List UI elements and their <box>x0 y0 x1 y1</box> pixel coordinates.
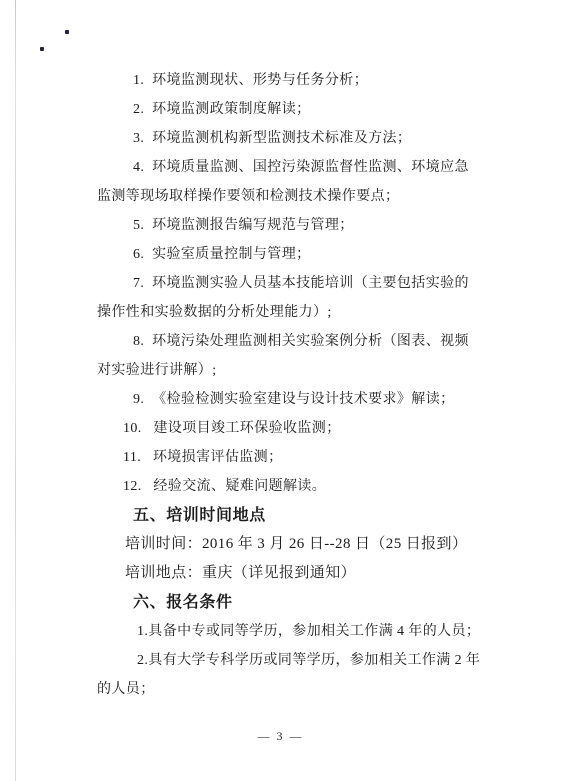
text-line: 8. 环境污染处理监测相关实验案例分析（图表、视频 <box>97 327 527 356</box>
text-line: 培训地点：重庆（详见报到通知） <box>97 559 527 588</box>
text-line: 2.具有大学专科学历或同等学历，参加相关工作满 2 年 <box>97 646 527 675</box>
text-line: 五、培训时间地点 <box>97 501 527 530</box>
text-line: 6. 实验室质量控制与管理； <box>97 240 527 269</box>
text-line: 培训时间：2016 年 3 月 26 日--28 日（25 日报到） <box>97 530 527 559</box>
document-body: 1. 环境监测现状、形势与任务分析；2. 环境监测政策制度解读；3. 环境监测机… <box>97 66 527 704</box>
text-line: 12. 经验交流、疑难问题解读。 <box>97 472 527 501</box>
text-line: 对实验进行讲解）; <box>97 356 527 385</box>
text-line: 3. 环境监测机构新型监测技术标准及方法； <box>97 124 527 153</box>
text-line: 1.具备中专或同等学历，参加相关工作满 4 年的人员； <box>97 617 527 646</box>
text-line: 六、报名条件 <box>97 588 527 617</box>
text-line: 4. 环境质量监测、国控污染源监督性监测、环境应急 <box>97 153 527 182</box>
text-line: 2. 环境监测政策制度解读； <box>97 95 527 124</box>
text-line: 9. 《检验检测实验室建设与设计技术要求》解读； <box>97 385 527 414</box>
scan-edge-line <box>15 0 16 781</box>
text-line: 监测等现场取样操作要领和检测技术操作要点； <box>97 182 527 211</box>
text-line: 的人员； <box>97 675 527 704</box>
text-line: 10. 建设项目竣工环保验收监测； <box>97 414 527 443</box>
document-page: 1. 环境监测现状、形势与任务分析；2. 环境监测政策制度解读；3. 环境监测机… <box>0 0 575 781</box>
text-line: 7. 环境监测实验人员基本技能培训（主要包括实验的 <box>97 269 527 298</box>
text-line: 11. 环境损害评估监测； <box>97 443 527 472</box>
ink-speck <box>40 47 44 51</box>
text-line: 5. 环境监测报告编写规范与管理； <box>97 211 527 240</box>
page-number: — 3 — <box>90 729 471 744</box>
text-line: 1. 环境监测现状、形势与任务分析； <box>97 66 527 95</box>
ink-speck <box>65 30 69 34</box>
text-line: 操作性和实验数据的分析处理能力）; <box>97 298 527 327</box>
